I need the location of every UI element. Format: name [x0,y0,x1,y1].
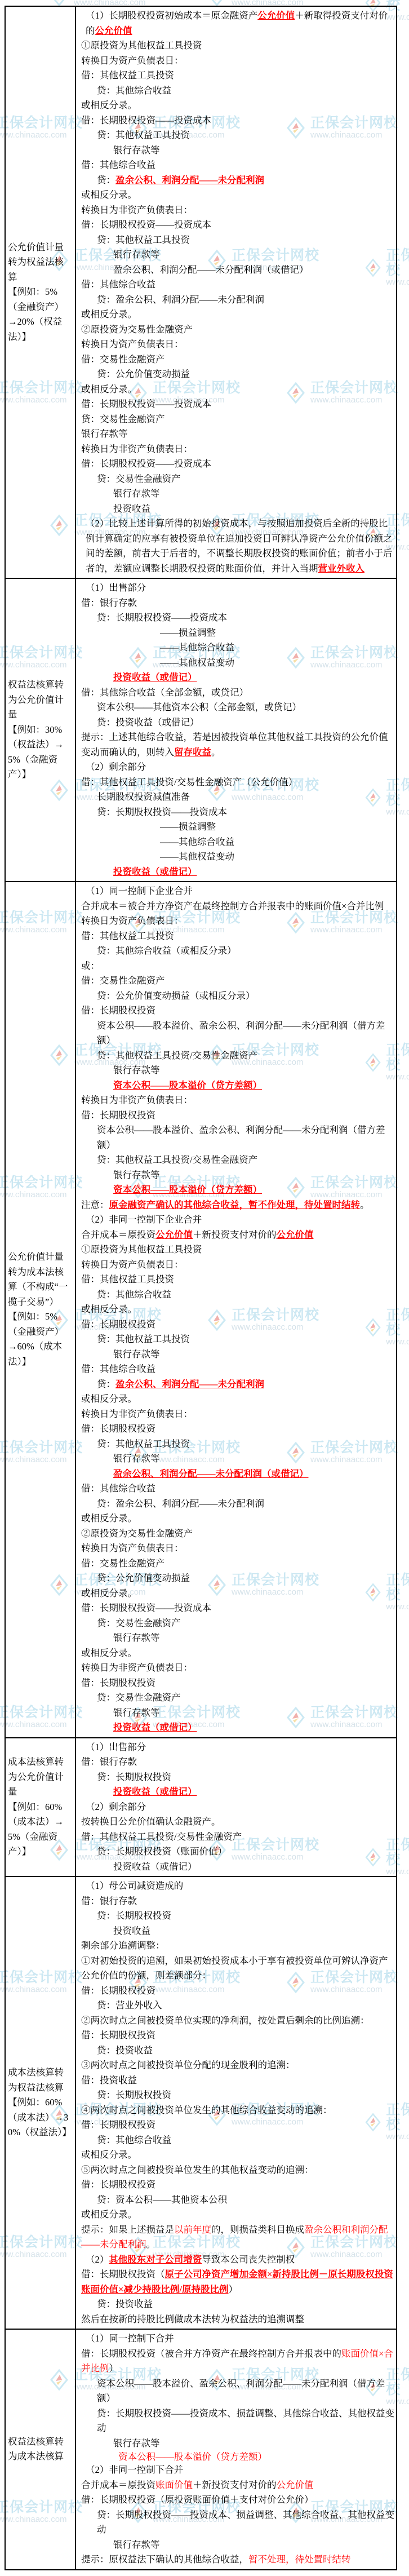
entry-line: 银行存款等 [81,1063,396,1078]
entry-line: （2）剩余部分 [81,1800,396,1815]
entry-line: 借：银行存款 [81,1894,396,1909]
highlight-text: 资本公积——股本溢价（贷方差额） [113,1184,262,1195]
highlight-text: 营业外收入 [318,563,365,574]
entry-line: 贷：盈余公积、利润分配——未分配利润 [81,173,396,188]
entry-line: 借：长期股权投资 [81,1422,396,1437]
table-wrap: 公允价值计量转为权益法核算【例如：5%（金融资产）→20%（权益法）】（1）长期… [5,6,397,2570]
entry-line: 或相反分录。 [81,307,396,322]
entry-line: 借：长期股权投资（原投资账面价值＋支付对价公允价） [81,2493,396,2508]
entry-line: 转换日为资产负债表日： [81,337,396,352]
entry-line: 贷：盈余公积、利润分配——未分配利润 [81,293,396,308]
entry-line: 借：长期股权投资——投资成本 [81,113,396,129]
row-label-example: 【例如：60%（成本法）→30%（权益法）】 [8,2095,73,2140]
entry-line: ①对初始投资的追溯，如果初始投资成本小于享有被投资单位可辨认净资产公允价值的份额… [81,1954,396,1984]
entry-line: ①原投资为其他权益工具投资 [81,1242,396,1258]
row-content: （1）同一控制下合并借：长期股权投资（被合并方净资产在最终控制方合并报表中的账面… [76,2329,396,2569]
entry-line: 借：银行存款 [81,1755,396,1770]
entry-line: 银行存款等 [81,1347,396,1362]
entry-line: 贷：其他权益工具投资 [81,1437,396,1452]
entry-line: 借：长期股权投资 [81,2028,396,2043]
entry-line: 资本公积——股本溢价、盈余公积、利润分配——未分配利润（借方差额） [81,2376,396,2406]
highlight-text: 资本公积——股本溢价（贷方差额） [113,1080,262,1091]
entry-line: 资本公积——其他资本公积（全部金额，或贷记） [81,700,396,715]
entry-line: 借：长期股权投资 [81,2118,396,2133]
entry-line: 或相反分录。 [81,1586,396,1601]
highlight-text: 公允价值 [95,25,132,36]
entry-line: 借：其他综合收益 [81,1362,396,1377]
entry-line: 贷：长期股权投资——投资成本、损益调整、其他综合收益、其他权益变动 [81,2508,396,2538]
row-label: 权益法核算转为公允价值计量【例如：30%（权益法）→5%（金融资产）】 [6,578,76,881]
entry-line: 借：长期股权投资（被合并方净资产在最终控制方合并报表中的账面价值×合并比例） [81,2347,396,2376]
row-label: 成本法核算转为权益法核算【例如：60%（成本法）→30%（权益法）】 [6,1876,76,2329]
entry-line: （1）同一控制下合并 [81,2331,396,2347]
highlight-text: 盈余公积、利润分配——未分配利润（或借记） [113,1468,309,1479]
highlight-text: 公允价值 [155,1229,193,1240]
conversion-table: 公允价值计量转为权益法核算【例如：5%（金融资产）→20%（权益法）】（1）长期… [5,6,397,2570]
highlight-text: 公允价值 [277,2480,314,2490]
entry-line: 转换日为非资产负债表日： [81,203,396,218]
entry-line: 银行存款等 [81,1168,396,1183]
entry-line: 借：长期股权投资 [81,1984,396,1999]
entry-line: 借：长期股权投资——投资成本 [81,1601,396,1616]
entry-line: ②原投资为交易性金融资产 [81,1526,396,1542]
entry-line: 借：其他综合收益 [81,277,396,293]
entry-line: ②原投资为交易性金融资产 [81,322,396,338]
entry-line: 提示：上述其他综合收益，若是因被投资单位其他权益工具投资的公允价值变动而确认的，… [81,730,396,760]
entry-line: 提示：如果上述损益是以前年度的，则损益类科目换成盈余公积和利润分配——未分配利润… [81,2223,396,2252]
entry-line: 银行存款等 [81,486,396,502]
entry-line: 按转换日公允价值确认金融资产。 [81,1814,396,1830]
entry-line: ——损益调整 [81,626,396,641]
highlight-text: 公允价值 [257,10,295,21]
entry-line: （2）其他股东对子公司增资导致本公司丧失控制权 [81,2252,396,2268]
entry-line: 盈余公积、利润分配——未分配利润（或借记） [81,1467,396,1482]
highlight-text: 公允价值 [277,1229,314,1240]
entry-line: 投资收益 [81,1924,396,1939]
entry-line: 借：长期股权投资——投资成本 [81,218,396,233]
entry-line: 贷：投资收益 [81,2043,396,2059]
highlight-text: 投资收益（或借记） [113,1722,197,1733]
entry-line: （2）比较上述计算所得的初始投资成本，与按照追加投资后全新的持股比例计算确定的应… [81,516,396,576]
entry-line: 资本公积——股本溢价、盈余公积、利润分配——未分配利润（借方差额） [81,1123,396,1153]
highlight-text: 留存收益 [174,747,211,758]
entry-line: 银行存款等 [81,247,396,263]
entry-line: 借：交易性金融资产 [81,973,396,989]
entry-line: 借：其他权益工具投资 [81,1272,396,1287]
row-label-name: 成本法核算转为公允价值计量 [8,1755,73,1800]
row-label-name: 公允价值计量转为权益法核算 [8,240,73,285]
entry-line: 借：长期股权投资——投资成本 [81,457,396,472]
entry-line: 借：投资收益 [81,2073,396,2088]
entry-line: 贷：其他权益工具投资 [81,1332,396,1347]
entry-line: 贷：长期股权投资 [81,1770,396,1785]
row-content: （1）同一控制下企业合并合并成本＝被合并方净资产在最终控制方合并报表中的账面价值… [76,881,396,1737]
entry-line: 合并成本＝原投资账面价值＋新投资支付对价的公允价值 [81,2478,396,2493]
entry-line: （1）出售部分 [81,581,396,596]
entry-line: 借：其他权益工具投资/交易性金融资产 [81,1830,396,1845]
highlight-text: 投资收益（或借记） [113,866,197,877]
entry-line: 盈余公积、利润分配——未分配利润（或借记） [81,263,396,278]
entry-line: 转换日为资产负债表日： [81,1541,396,1556]
entry-line: 借：长期股权投资 [81,1676,396,1691]
entry-line: （1）同一控制下企业合并 [81,884,396,899]
entry-line: 贷：长期股权投资 [81,2088,396,2103]
entry-line: 或相反分录。 [81,188,396,203]
entry-line: 贷：交易性金融资产 [81,1690,396,1706]
entry-line: 资本公积——股本溢价（贷方差额） [81,1183,396,1198]
row-label: 公允价值计量转为成本法核算（不构成“一揽子交易”）【例如：5%（金融资产）→60… [6,881,76,1737]
row-label-example: 【例如：30%（权益法）→5%（金融资产）】 [8,723,73,782]
highlight-text: 账面价值 [155,2480,193,2490]
entry-line: 贷：营业外收入 [81,1998,396,2013]
entry-line: 借：长期股权投资 [81,1003,396,1019]
entry-line: （1）出售部分 [81,1740,396,1755]
entry-line: 银行存款等 [81,2436,396,2451]
entry-line: 投资收益（或借记） [81,1785,396,1800]
entry-line: （2）非同一控制下企业合并 [81,1212,396,1228]
entry-line: 借：交易性金融资产 [81,1556,396,1572]
entry-line: 借：其他综合收益 [81,158,396,173]
entry-line: 借：其他综合收益 [81,1481,396,1497]
row-content: （1）出售部分借：银行存款贷：长期股权投资投资收益（或借记）（2）剩余部分按转换… [76,1737,396,1876]
entry-line: （1）长期股权投资初始成本＝原金融资产公允价值＋新取得投资支付对价的公允价值 [81,8,396,38]
entry-line: 转换日为资产负债表日： [81,54,396,69]
entry-line: 或相反分录。 [81,1302,396,1317]
entry-line: ——其他权益变动 [81,656,396,671]
entry-line: 银行存款等 [81,1451,396,1467]
highlight-text: 暂不处理，待处置时结转 [248,2554,351,2565]
entry-line: 剩余部分追溯调整： [81,1938,396,1954]
entry-line: 长期股权投资减值准备 [81,790,396,805]
entry-line: ②两次时点之间被投资单位实现的净利润，按处置后剩余的比例追溯： [81,2013,396,2029]
row-label-example: 【例如：60%（成本法）→5%（金融资产）】 [8,1800,73,1860]
entry-line: 注意：原金融资产确认的其他综合收益，暂不作处理，待处置时结转。 [81,1198,396,1213]
entry-line: 贷：长期股权投资 [81,1909,396,1924]
entry-line: 贷：其他权益工具投资 [81,233,396,248]
entry-line: 转换日为非资产负债表日： [81,1093,396,1108]
highlight-text: 账面价值×合并比例 [81,2348,393,2374]
entry-line: 投资收益（或借记） [81,1860,396,1875]
entry-line: ——其他权益变动 [81,849,396,865]
entry-line: 银行存款等 [81,427,396,442]
row-label: 公允价值计量转为权益法核算【例如：5%（金融资产）→20%（权益法）】 [6,7,76,578]
entry-line: 提示：原权益法下确认的其他综合收益，暂不处理，待处置时结转 [81,2552,396,2568]
entry-line: 借：长期股权投资 [81,1317,396,1333]
row-label-example: 【例如：5%（金融资产）→60%（成本法）】 [8,1309,73,1369]
entry-line: 借：交易性金融资产 [81,352,396,368]
entry-line: 或： [81,959,396,974]
entry-line: 资本公积——股本溢价、盈余公积、利润分配——未分配利润（借方差额） [81,1019,396,1048]
entry-line: ④两次时点之间被投资单位发生的其他综合收益变动的追溯： [81,2103,396,2118]
entry-line: 然后在按新的持股比例做成本法转为权益法的追溯调整 [81,2312,396,2327]
entry-line: 贷：长期股权投资——投资成本、损益调整、其他综合收益、其他权益变动 [81,2406,396,2436]
entry-line: 借：其他权益工具投资 [81,68,396,83]
entry-line: 或相反分录。 [81,2207,396,2223]
entry-line: 投资收益（或借记） [81,670,396,685]
entry-line: 贷：公允价值变动损益（或相反分录） [81,989,396,1004]
entry-line: 借：长期股权投资——投资成本 [81,397,396,412]
entry-line: 贷：长期股权投资（账面价值） [81,1844,396,1860]
entry-line: 或相反分录。 [81,1511,396,1526]
entry-line: 投资收益（或借记） [81,1720,396,1736]
highlight-text: 其他股东对子公司增资 [109,2254,202,2265]
entry-line: 贷：投资收益 [81,2297,396,2312]
highlight-text: 盈余公积和利润分配——未分配利润 [81,2224,388,2250]
entry-line: 贷：公允价值变动损益 [81,1571,396,1586]
entry-line: 或相反分录。 [81,382,396,397]
entry-line: （2）剩余部分 [81,760,396,775]
row-content: （1）长期股权投资初始成本＝原金融资产公允价值＋新取得投资支付对价的公允价值①原… [76,7,396,578]
entry-line: 银行存款等 [81,2538,396,2553]
row-label-name: 成本法核算转为权益法核算 [8,2065,73,2095]
entry-line: ①原投资为其他权益工具投资 [81,38,396,54]
highlight-text: 投资收益（或借记） [113,672,197,683]
entry-line: 转换日为资产负债表日： [81,914,396,929]
row-content: （1）母公司减资造成的借：银行存款贷：长期股权投资投资收益剩余部分追溯调整：①对… [76,1876,396,2329]
entry-line: 或相反分录。 [81,98,396,113]
entry-line: 合并成本＝原投资公允价值＋新投资支付对价的公允价值 [81,1228,396,1243]
entry-line: ③两次时点之间被投资单位分配的现金股利的追溯： [81,2058,396,2073]
highlight-text: 盈余公积、利润分配——未分配利润 [115,1379,264,1389]
entry-line: 合并成本＝被合并方净资产在最终控制方合并报表中的账面价值×合并比例 [81,899,396,914]
highlight-text: 以前年度 [174,2224,211,2235]
entry-line: 借：其他综合收益（全部金额，或贷记） [81,685,396,701]
entry-line: 转换日为非资产负债表日： [81,1661,396,1676]
entry-line: 贷：其他综合收益（或相反分录） [81,944,396,959]
entry-line: 贷：长期股权投资——投资成本 [81,610,396,626]
entry-line: 贷：盈余公积、利润分配——未分配利润 [81,1497,396,1512]
entry-line: 贷：交易性金融资产 [81,472,396,487]
entry-line: ——其他综合收益 [81,835,396,850]
entry-line: 借：其他权益工具投资 [81,929,396,944]
entry-line: （2）非同一控制下合并 [81,2463,396,2478]
entry-line: 贷：资本公积——其他资本公积 [81,2193,396,2208]
entry-line: 银行存款等 [81,1706,396,1721]
entry-line: 贷：盈余公积、利润分配——未分配利润 [81,1377,396,1392]
entry-line: 贷：其他权益工具投资/交易性金融资产 [81,1153,396,1168]
entry-line: 资本公积——股本溢价（贷方差额） [81,2451,396,2463]
entry-line: 贷：长期股权投资——投资成本 [81,805,396,820]
entry-line: 贷：公允价值变动损益 [81,367,396,382]
entry-line: 借：长期股权投资 [81,1108,396,1123]
entry-line: 借：长期股权投资 [81,2177,396,2193]
entry-line: 转换日为资产负债表日： [81,1258,396,1273]
highlight-text: 资本公积——股本溢价（贷方差额） [118,2451,267,2462]
entry-line: ⑤两次时点之间被投资单位发生的其他权益变动的追溯： [81,2163,396,2178]
row-label: 成本法核算转为公允价值计量【例如：60%（成本法）→5%（金融资产）】 [6,1737,76,1876]
entry-line: 借：其他权益工具投资/交易性金融资产（公允价值） [81,775,396,790]
highlight-text: 投资收益（或借记） [113,1786,197,1797]
entry-line: 投资收益（或借记） [81,865,396,880]
entry-line: 转换日为非资产负债表日： [81,442,396,457]
entry-line: 借：银行存款 [81,596,396,611]
entry-line: 贷：其他权益工具投资/交易性金融资产 [81,1048,396,1064]
row-label-name: 权益法核算转为公允价值计量 [8,678,73,723]
entry-line: 或相反分录。 [81,1392,396,1407]
row-label-name: 权益法核算转为成本法核算 [8,2435,73,2464]
entry-line: 转换日为非资产负债表日： [81,1407,396,1422]
entry-line: 借：长期股权投资（原子公司净资产增加金额×新持股比例－原长期股权投资账面价值×减… [81,2267,396,2297]
highlight-text: 原子公司净资产增加金额×新持股比例－原长期股权投资账面价值×减少持股比例/原持股… [81,2269,393,2295]
row-content: （1）出售部分借：银行存款贷：长期股权投资——投资成本——损益调整——其他综合收… [76,578,396,881]
entry-line: 贷：其他综合收益 [81,83,396,99]
entry-line: ——损益调整 [81,820,396,835]
entry-line: 贷：其他综合收益 [81,2133,396,2148]
entry-line: 贷：其他综合收益 [81,1287,396,1303]
entry-line: 银行存款等 [81,143,396,158]
row-label: 权益法核算转为成本法核算 [6,2329,76,2569]
entry-line: （1）母公司减资造成的 [81,1879,396,1894]
highlight-text: 盈余公积、利润分配——未分配利润 [115,175,264,185]
entry-line: 贷：交易性金融资产 [81,1616,396,1631]
entry-line: 或相反分录。 [81,1646,396,1661]
entry-line: 投资收益 [81,502,396,517]
row-label-name: 公允价值计量转为成本法核算（不构成“一揽子交易”） [8,1250,73,1309]
entry-line: 资本公积——股本溢价（贷方差额） [81,1078,396,1094]
entry-line: 贷：其他权益工具投资 [81,128,396,143]
entry-line: ——其他综合收益 [81,640,396,656]
entry-line: 银行存款等 [81,1631,396,1646]
entry-line: 或相反分录。 [81,2148,396,2163]
entry-line: 贷：交易性金融资产 [81,412,396,427]
entry-line: 贷：投资收益（或借记） [81,715,396,731]
highlight-text: 原金融资产确认的其他综合收益，暂不作处理，待处置时结转 [109,1200,361,1210]
row-label-example: 【例如：5%（金融资产）→20%（权益法）】 [8,285,73,344]
